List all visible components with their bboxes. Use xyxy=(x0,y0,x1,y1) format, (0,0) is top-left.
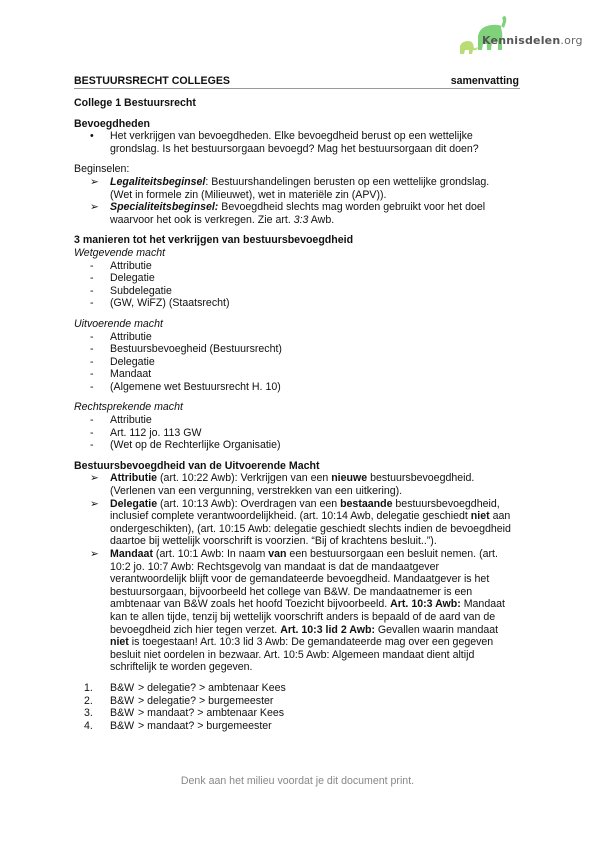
macht-group-title: Rechtsprekende macht xyxy=(74,401,514,414)
text: (art. 10:1 Awb: In naam xyxy=(153,548,268,560)
macht-group-title: Wetgevende macht xyxy=(74,247,514,260)
term-text: Awb. xyxy=(308,214,334,226)
dash-bullet-icon: - xyxy=(90,331,94,344)
logo-name: Kennisdelen xyxy=(482,34,560,47)
emphasis: van xyxy=(268,548,286,560)
list-item: -Mandaat xyxy=(74,368,514,381)
list-item-text: Attributie xyxy=(110,331,152,343)
item-number: 4. xyxy=(84,720,93,733)
chain: > mandaat? > burgemeester xyxy=(138,720,272,733)
footer-note: Denk aan het milieu voordat je dit docum… xyxy=(0,775,595,788)
text: (art. 10:22 Awb): Verkrijgen van een xyxy=(157,472,331,484)
macht-groups: Wetgevende macht-Attributie-Delegatie-Su… xyxy=(74,247,514,460)
actor: B&W xyxy=(110,720,138,733)
list-item: -Attributie xyxy=(74,331,514,344)
list-item-text: Attributie xyxy=(110,260,152,272)
dash-bullet-icon: - xyxy=(90,285,94,298)
list-item: ➢ Mandaat (art. 10:1 Awb: In naam van ee… xyxy=(74,548,514,674)
list-item-text: Attributie xyxy=(110,414,152,426)
item-number: 2. xyxy=(84,695,93,708)
list-item-text: Mandaat xyxy=(110,368,151,380)
arrow-bullet-icon: ➢ xyxy=(90,201,99,214)
list-item-text: (Wet op de Rechterlijke Organisatie) xyxy=(110,439,281,451)
dash-bullet-icon: - xyxy=(90,260,94,273)
list-item-text: Delegatie xyxy=(110,356,155,368)
list-item: ➢ Legaliteitsbeginsel: Bestuurshandeling… xyxy=(74,176,514,201)
manieren-heading: 3 manieren tot het verkrijgen van bestuu… xyxy=(74,234,514,247)
chain: > delegatie? > burgemeester xyxy=(138,695,273,708)
term: Legaliteitsbeginsel xyxy=(110,176,205,188)
chain: > mandaat? > ambtenaar Kees xyxy=(138,707,284,720)
list-item-text: Delegatie xyxy=(110,272,155,284)
arrow-bullet-icon: ➢ xyxy=(90,548,99,561)
bevoegdheden-heading: Bevoegdheden xyxy=(74,118,514,131)
list-item: ➢ Delegatie (art. 10:13 Awb): Overdragen… xyxy=(74,498,514,548)
dash-bullet-icon: - xyxy=(90,343,94,356)
item-number: 1. xyxy=(84,682,93,695)
list-item: • Het verkrijgen van bevoegdheden. Elke … xyxy=(74,130,514,155)
list-item: -(GW, WiFZ) (Staatsrecht) xyxy=(74,297,514,310)
kennisdelen-logo: Kennisdelen.org xyxy=(456,14,576,58)
item-number: 3. xyxy=(84,707,93,720)
list-item-text: Bestuursbevoegheid (Bestuursrecht) xyxy=(110,343,282,355)
emphasis: Art. 10:3 lid 2 Awb: xyxy=(280,624,375,636)
header-right: samenvatting xyxy=(451,75,519,88)
uitvoerende-heading: Bestuursbevoegdheid van de Uitvoerende M… xyxy=(74,460,514,473)
text: (art. 10:13 Awb): Overdragen van een xyxy=(157,498,340,510)
arrow-bullet-icon: ➢ xyxy=(90,176,99,189)
arrow-bullet-icon: ➢ xyxy=(90,472,99,485)
list-item-text: (GW, WiFZ) (Staatsrecht) xyxy=(110,297,229,309)
logo-tld: .org xyxy=(560,34,582,47)
beginselen-label: Beginselen: xyxy=(74,163,514,176)
emphasis: Art. 10:3 Awb: xyxy=(390,598,461,610)
list-item: -Subdelegatie xyxy=(74,285,514,298)
list-item: -Delegatie xyxy=(74,272,514,285)
list-item: -Bestuursbevoegheid (Bestuursrecht) xyxy=(74,343,514,356)
term: Mandaat xyxy=(110,548,153,560)
dash-bullet-icon: - xyxy=(90,297,94,310)
list-item-text: (Algemene wet Bestuursrecht H. 10) xyxy=(110,381,281,393)
header-title: BESTUURSRECHT COLLEGES xyxy=(74,75,230,87)
emphasis: bestaande xyxy=(340,498,392,510)
emphasis: niet xyxy=(471,510,490,522)
article-ref: 3:3 xyxy=(294,214,309,226)
numbered-item: 1.B&W> delegatie? > ambtenaar Kees xyxy=(74,682,514,695)
emphasis: niet xyxy=(110,636,129,648)
list-item: -Delegatie xyxy=(74,356,514,369)
list-item: ➢ Attributie (art. 10:22 Awb): Verkrijge… xyxy=(74,472,514,497)
list-item: -Attributie xyxy=(74,260,514,273)
actor: B&W xyxy=(110,695,138,708)
term: Specialiteitsbeginsel: xyxy=(110,201,218,213)
arrow-bullet-icon: ➢ xyxy=(90,498,99,511)
list-item-text: Art. 112 jo. 113 GW xyxy=(110,427,201,439)
document-body: College 1 Bestuursrecht Bevoegdheden • H… xyxy=(74,97,514,732)
bullet-icon: • xyxy=(90,130,94,143)
emphasis: nieuwe xyxy=(331,472,367,484)
list-item: -(Algemene wet Bestuursrecht H. 10) xyxy=(74,381,514,394)
term: Delegatie xyxy=(110,498,157,510)
macht-group-title: Uitvoerende macht xyxy=(74,318,514,331)
dash-bullet-icon: - xyxy=(90,439,94,452)
numbered-item: 2.B&W> delegatie? > burgemeester xyxy=(74,695,514,708)
numbered-list: 1.B&W> delegatie? > ambtenaar Kees2.B&W>… xyxy=(74,682,514,732)
list-item-text: Subdelegatie xyxy=(110,285,172,297)
dash-bullet-icon: - xyxy=(90,368,94,381)
college-title: College 1 Bestuursrecht xyxy=(74,97,514,110)
actor: B&W xyxy=(110,707,138,720)
logo-text: Kennisdelen.org xyxy=(482,35,583,48)
actor: B&W xyxy=(110,682,138,695)
list-item: -Art. 112 jo. 113 GW xyxy=(74,427,514,440)
numbered-item: 3.B&W> mandaat? > ambtenaar Kees xyxy=(74,707,514,720)
dash-bullet-icon: - xyxy=(90,381,94,394)
text: is toegestaan! Art. 10:3 lid 3 Awb: De g… xyxy=(110,636,493,673)
dash-bullet-icon: - xyxy=(90,414,94,427)
dash-bullet-icon: - xyxy=(90,356,94,369)
text: Gevallen waarin mandaat xyxy=(375,624,498,636)
list-item: ➢ Specialiteitsbeginsel: Bevoegdheid sle… xyxy=(74,201,514,226)
chain: > delegatie? > ambtenaar Kees xyxy=(138,682,286,695)
dash-bullet-icon: - xyxy=(90,427,94,440)
list-item: -(Wet op de Rechterlijke Organisatie) xyxy=(74,439,514,452)
list-item: -Attributie xyxy=(74,414,514,427)
term: Attributie xyxy=(110,472,157,484)
numbered-item: 4.B&W> mandaat? > burgemeester xyxy=(74,720,514,733)
bevoegdheden-text: Het verkrijgen van bevoegdheden. Elke be… xyxy=(110,130,479,155)
page-header: BESTUURSRECHT COLLEGES samenvatting xyxy=(74,75,520,89)
dash-bullet-icon: - xyxy=(90,272,94,285)
